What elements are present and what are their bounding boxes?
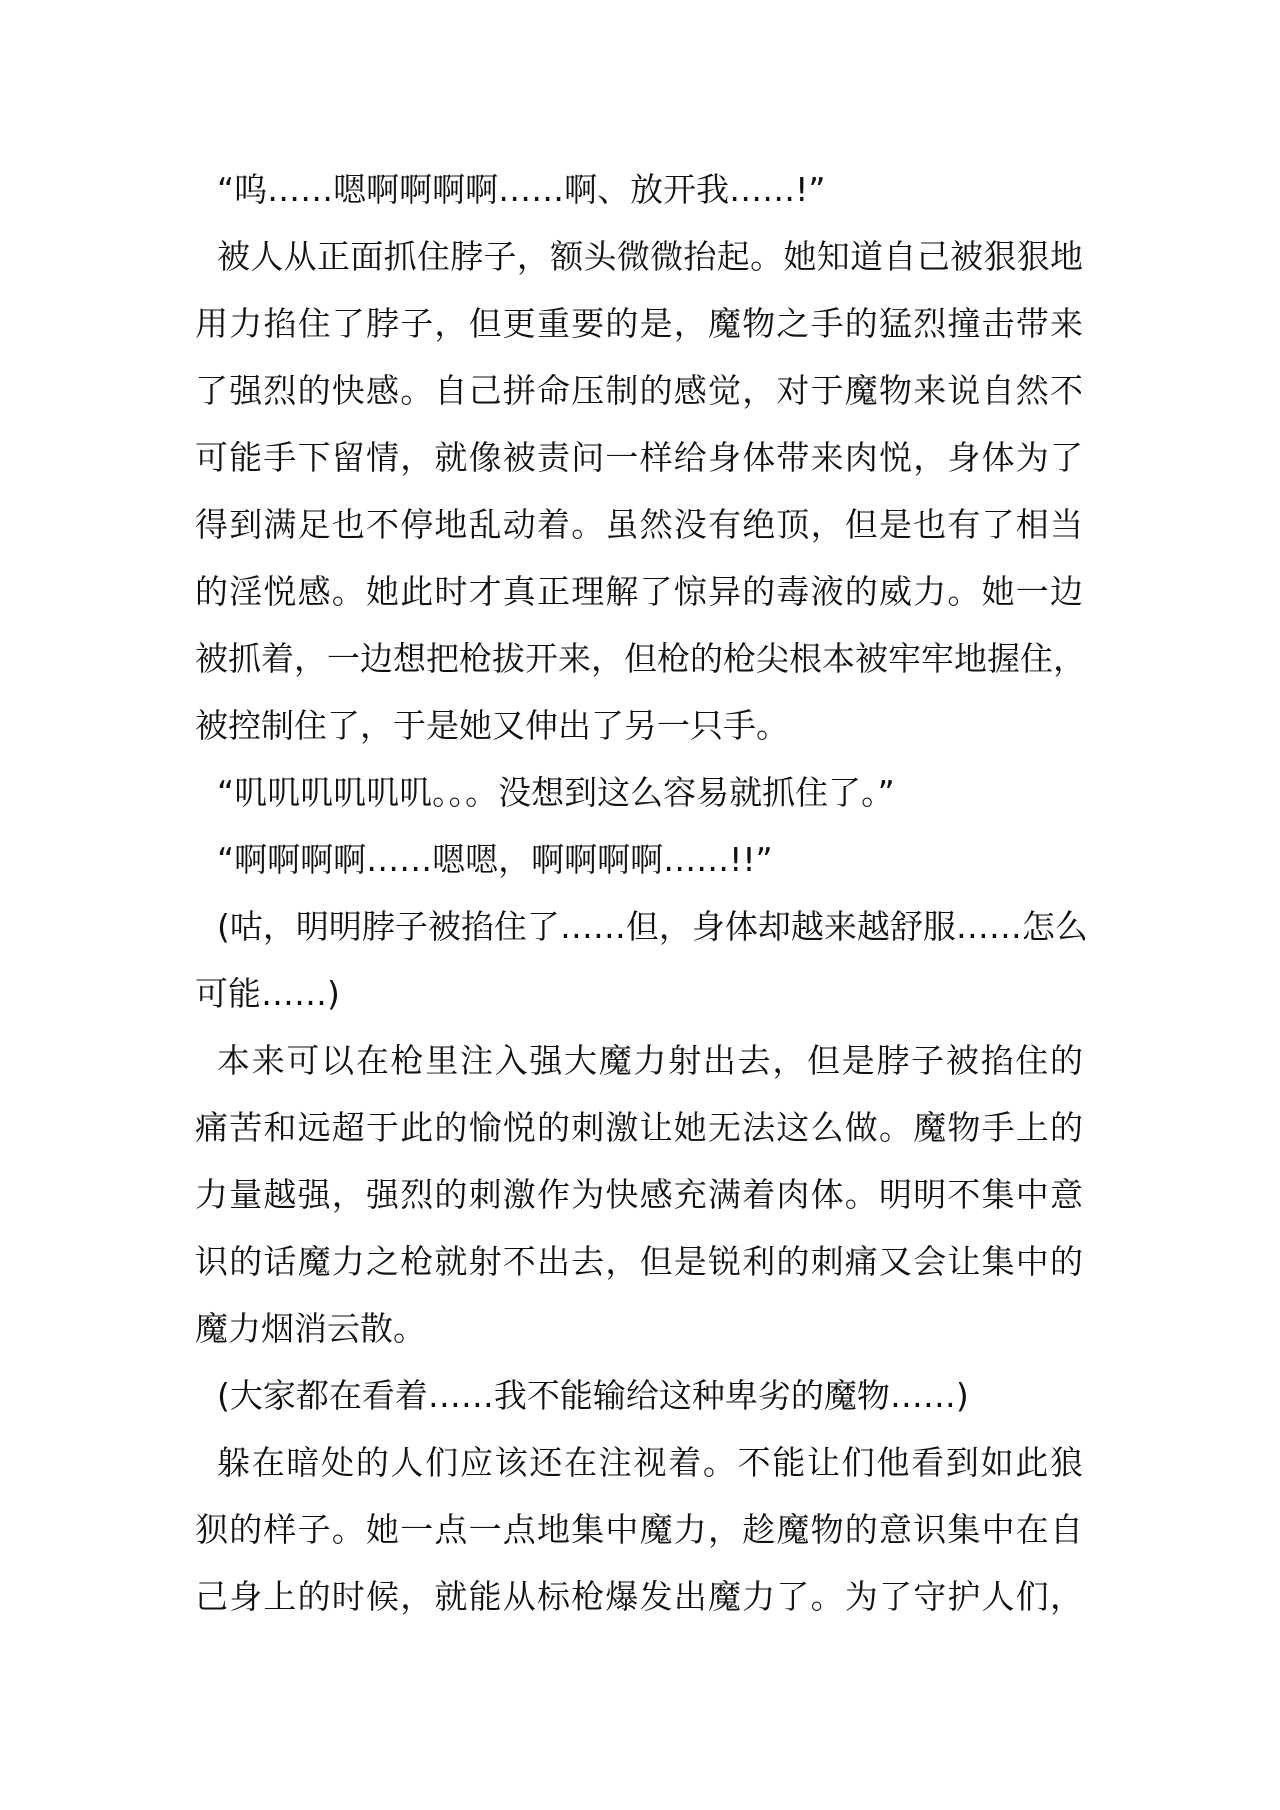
text-line: 的淫悦感。她此时才真正理解了惊异的毒液的威力。她一边	[195, 558, 1083, 625]
text-line: 己身上的时候，就能从标枪爆发出魔力了。为了守护人们，	[195, 1563, 1083, 1630]
text-line: 狈的样子。她一点一点地集中魔力，趁魔物的意识集中在自	[195, 1496, 1083, 1563]
text-line: 痛苦和远超于此的愉悦的刺激让她无法这么做。魔物手上的	[195, 1094, 1083, 1161]
text-line: 被控制住了，于是她又伸出了另一只手。	[195, 692, 1090, 759]
text-line: “呜……嗯啊啊啊啊……啊、放开我……!”	[195, 156, 1090, 223]
dialogue-line: “啊啊啊啊……嗯嗯，啊啊啊啊……!!”	[195, 826, 1090, 893]
text-line: 用力掐住了脖子，但更重要的是，魔物之手的猛烈撞击带来	[195, 290, 1083, 357]
text-line: 了强烈的快感。自己拼命压制的感觉，对于魔物来说自然不	[195, 357, 1083, 424]
text-line: 被人从正面抓住脖子，额头微微抬起。她知道自己被狠狠地	[195, 223, 1083, 290]
thought-line: (大家都在看着……我不能输给这种卑劣的魔物……)	[195, 1362, 1090, 1429]
text-line: 躲在暗处的人们应该还在注视着。不能让们他看到如此狼	[195, 1429, 1083, 1496]
text-line: 得到满足也不停地乱动着。虽然没有绝顶，但是也有了相当	[195, 491, 1083, 558]
text-line: 识的话魔力之枪就射不出去，但是锐利的刺痛又会让集中的	[195, 1228, 1083, 1295]
text-line: 可能手下留情，就像被责问一样给身体带来肉悦，身体为了	[195, 424, 1083, 491]
text-line: 本来可以在枪里注入强大魔力射出去，但是脖子被掐住的	[195, 1027, 1083, 1094]
document-page: “呜……嗯啊啊啊啊……啊、放开我……!” 被人从正面抓住脖子，额头微微抬起。她知…	[195, 156, 1090, 1630]
dialogue-line: “叽叽叽叽叽叽。。。没想到这么容易就抓住了。”	[195, 759, 1090, 826]
thought-line: 可能……)	[195, 960, 1090, 1027]
thought-line: (咕，明明脖子被掐住了……但，身体却越来越舒服……怎么	[195, 893, 1083, 960]
text-line: 力量越强，强烈的刺激作为快感充满着肉体。明明不集中意	[195, 1161, 1083, 1228]
text-line: 魔力烟消云散。	[195, 1295, 1090, 1362]
text-line: 被抓着，一边想把枪拔开来，但枪的枪尖根本被牢牢地握住，	[195, 625, 1083, 692]
